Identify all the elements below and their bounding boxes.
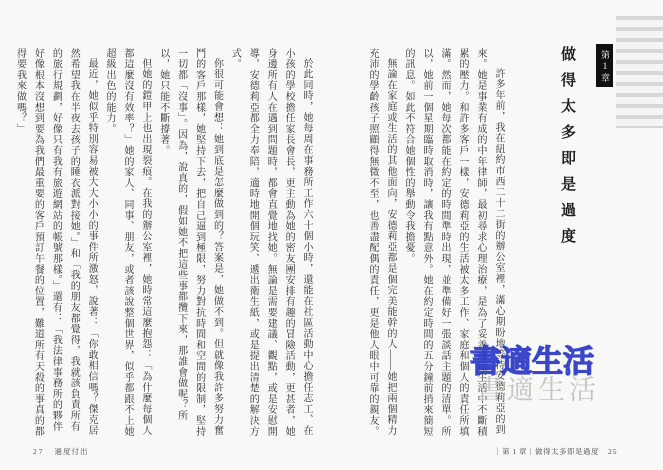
page-number-left: 27 — [33, 447, 45, 456]
paragraph: 但她的鎧甲上也出現裂痕。在我的辦公室裡，她時常這麼抱怨：「為什麼每個人都這麼沒有… — [100, 48, 154, 441]
page-number-right: 25 — [608, 447, 618, 456]
book-spread: 第1章 做得太多即是過度 許多年前，我在紐約市西二十二街的辦公室裡，滿心期盼地等… — [0, 0, 663, 470]
watermark-gray: 書適生活 — [476, 368, 600, 407]
running-title-left: 過度付出 — [55, 447, 89, 456]
chapter-number-badge: 第1章 — [596, 44, 613, 87]
page-edge-stripes-decoration — [616, 16, 663, 128]
running-title-right: ｜第 1 章｜做得太多即是過度 — [494, 447, 599, 456]
paragraph: 你很可能會想：她到底是怎麼做到的？答案是，她做不到。但就像我許多努力奮鬥的客戶那… — [154, 48, 226, 441]
paragraph: 無論在家庭或生活的其他面向，安德莉亞都是個完美能幹的人——她把兩個精力充沛的學齡… — [363, 48, 399, 441]
page-left-footer: 27過度付出 — [33, 446, 89, 457]
chapter-title: 做得太多即是過度 — [557, 46, 578, 286]
page-left-body-text: 於此同時，她每周在事務所工作六十個小時，還能在社區活動中心擔任志工、在小孩的學校… — [28, 48, 315, 441]
paragraph: 於此同時，她每周在事務所工作六十個小時，還能在社區活動中心擔任志工、在小孩的學校… — [225, 48, 315, 441]
page-right-footer: ｜第 1 章｜做得太多即是過度25 — [494, 446, 618, 457]
paragraph: 最近，她似乎特別容易被大大小小的事件所激怒，說著：「你敢相信嗎？傑克居然希望我在… — [11, 48, 101, 441]
